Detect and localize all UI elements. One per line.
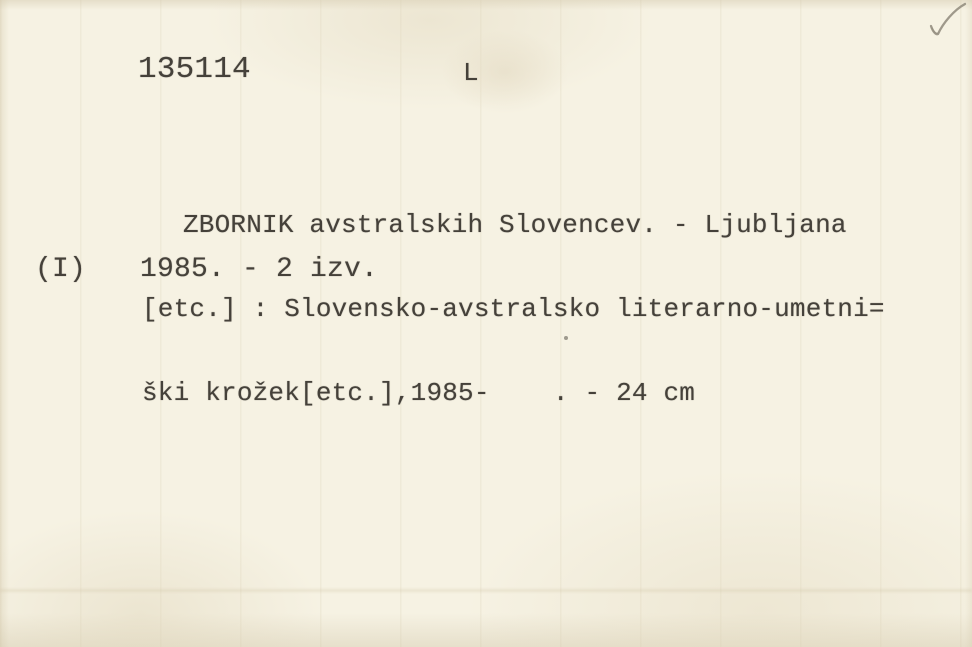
description-line-2: [etc.] : Slovensko-avstralsko literarno-…	[142, 295, 885, 323]
ink-speck	[564, 336, 568, 340]
description-line-3: ški krožek[etc.],1985- . - 24 cm	[142, 379, 885, 407]
accession-number: 135114	[138, 52, 251, 87]
bibliographic-description: ZBORNIK avstralskih Slovencev. - Ljublja…	[142, 155, 885, 463]
catalog-card: 135114 L ZBORNIK avstralskih Slovencev. …	[0, 0, 972, 647]
paper-crease	[0, 589, 972, 592]
holdings-designation: (I)	[35, 254, 86, 285]
pencil-checkmark-icon	[924, 2, 972, 42]
classification-letter: L	[463, 58, 479, 88]
holdings-entry: 1985. - 2 izv.	[140, 254, 378, 285]
description-line-1: ZBORNIK avstralskih Slovencev. - Ljublja…	[142, 211, 885, 239]
